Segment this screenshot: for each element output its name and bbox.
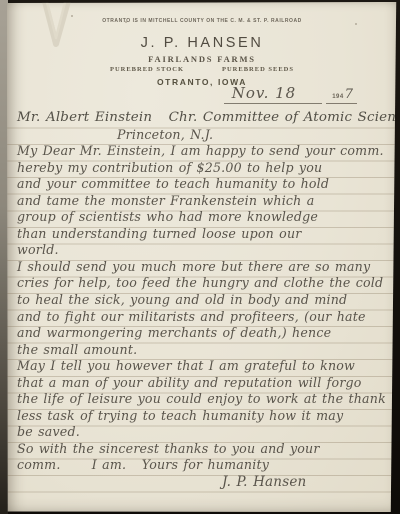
handwritten-line: cries for help, too feed the hungry and … [17, 275, 395, 292]
handwritten-line: May I tell you however that I am gratefu… [17, 358, 395, 375]
scan-edge-shadow [0, 0, 8, 514]
handwritten-date: Nov. 18 [224, 84, 322, 104]
handwritten-line: that a man of your ability and reputatio… [17, 375, 395, 392]
handwritten-line: less task of trying to teach humanity ho… [17, 408, 395, 425]
handwritten-line: to heal the sick, young and old in body … [17, 292, 395, 309]
handwritten-line: J. P. Hansen [17, 474, 395, 491]
handwritten-line: comm. I am. Yours for humanity [17, 457, 395, 474]
handwritten-line: and warmongering merchants of death,) he… [17, 325, 395, 342]
handwritten-line: hereby my contribution of $25.00 to help… [17, 160, 395, 177]
handwritten-line: world. [17, 242, 395, 259]
handwritten-line: and to fight our militarists and profite… [17, 309, 395, 326]
handwritten-line: the life of leisure you could enjoy to w… [17, 391, 395, 408]
handwritten-line: and tame the monster Frankenstein which … [17, 193, 395, 210]
letterhead-railroad-note: OTRANTO IS IN MITCHELL COUNTY ON THE C. … [7, 18, 397, 24]
letterhead-subtitle-row: PUREBRED STOCK PUREBRED SEEDS [7, 66, 397, 73]
handwritten-line: My Dear Mr. Einstein, I am happy to send… [17, 143, 395, 160]
letterhead: OTRANTO IS IN MITCHELL COUNTY ON THE C. … [7, 18, 397, 87]
handwritten-line: Mr. Albert Einstein Chr. Committee of At… [17, 110, 395, 127]
handwritten-line: be saved. [17, 424, 395, 441]
letterhead-name: J. P. HANSEN [7, 35, 397, 51]
handwritten-line: the small amount. [17, 342, 395, 359]
letterhead-purebred-seeds: PUREBRED SEEDS [222, 66, 294, 73]
handwritten-line: than understanding turned loose upon our [17, 226, 395, 243]
handwritten-line: Princeton, N.J. [17, 127, 395, 144]
letterhead-purebred-stock: PUREBRED STOCK [110, 66, 184, 73]
handwritten-line: group of scientists who had more knowled… [17, 209, 395, 226]
paper-speck [71, 15, 73, 17]
handwritten-line: So with the sincerest thanks to you and … [17, 441, 395, 458]
year-field: 194 7 [326, 87, 357, 104]
letter-body: Mr. Albert Einstein Chr. Committee of At… [17, 110, 395, 491]
letter-paper: OTRANTO IS IN MITCHELL COUNTY ON THE C. … [7, 2, 397, 512]
date-line: Nov. 18 194 7 [224, 84, 357, 104]
scanned-letter-photo: OTRANTO IS IN MITCHELL COUNTY ON THE C. … [0, 0, 400, 514]
handwritten-year-digit: 7 [345, 87, 353, 102]
printed-year-prefix: 194 [332, 94, 344, 102]
letterhead-farm-name: FAIRLANDS FARMS [7, 54, 397, 64]
handwritten-line: I should send you much more but there ar… [17, 259, 395, 276]
handwritten-line: and your committee to teach humanity to … [17, 176, 395, 193]
